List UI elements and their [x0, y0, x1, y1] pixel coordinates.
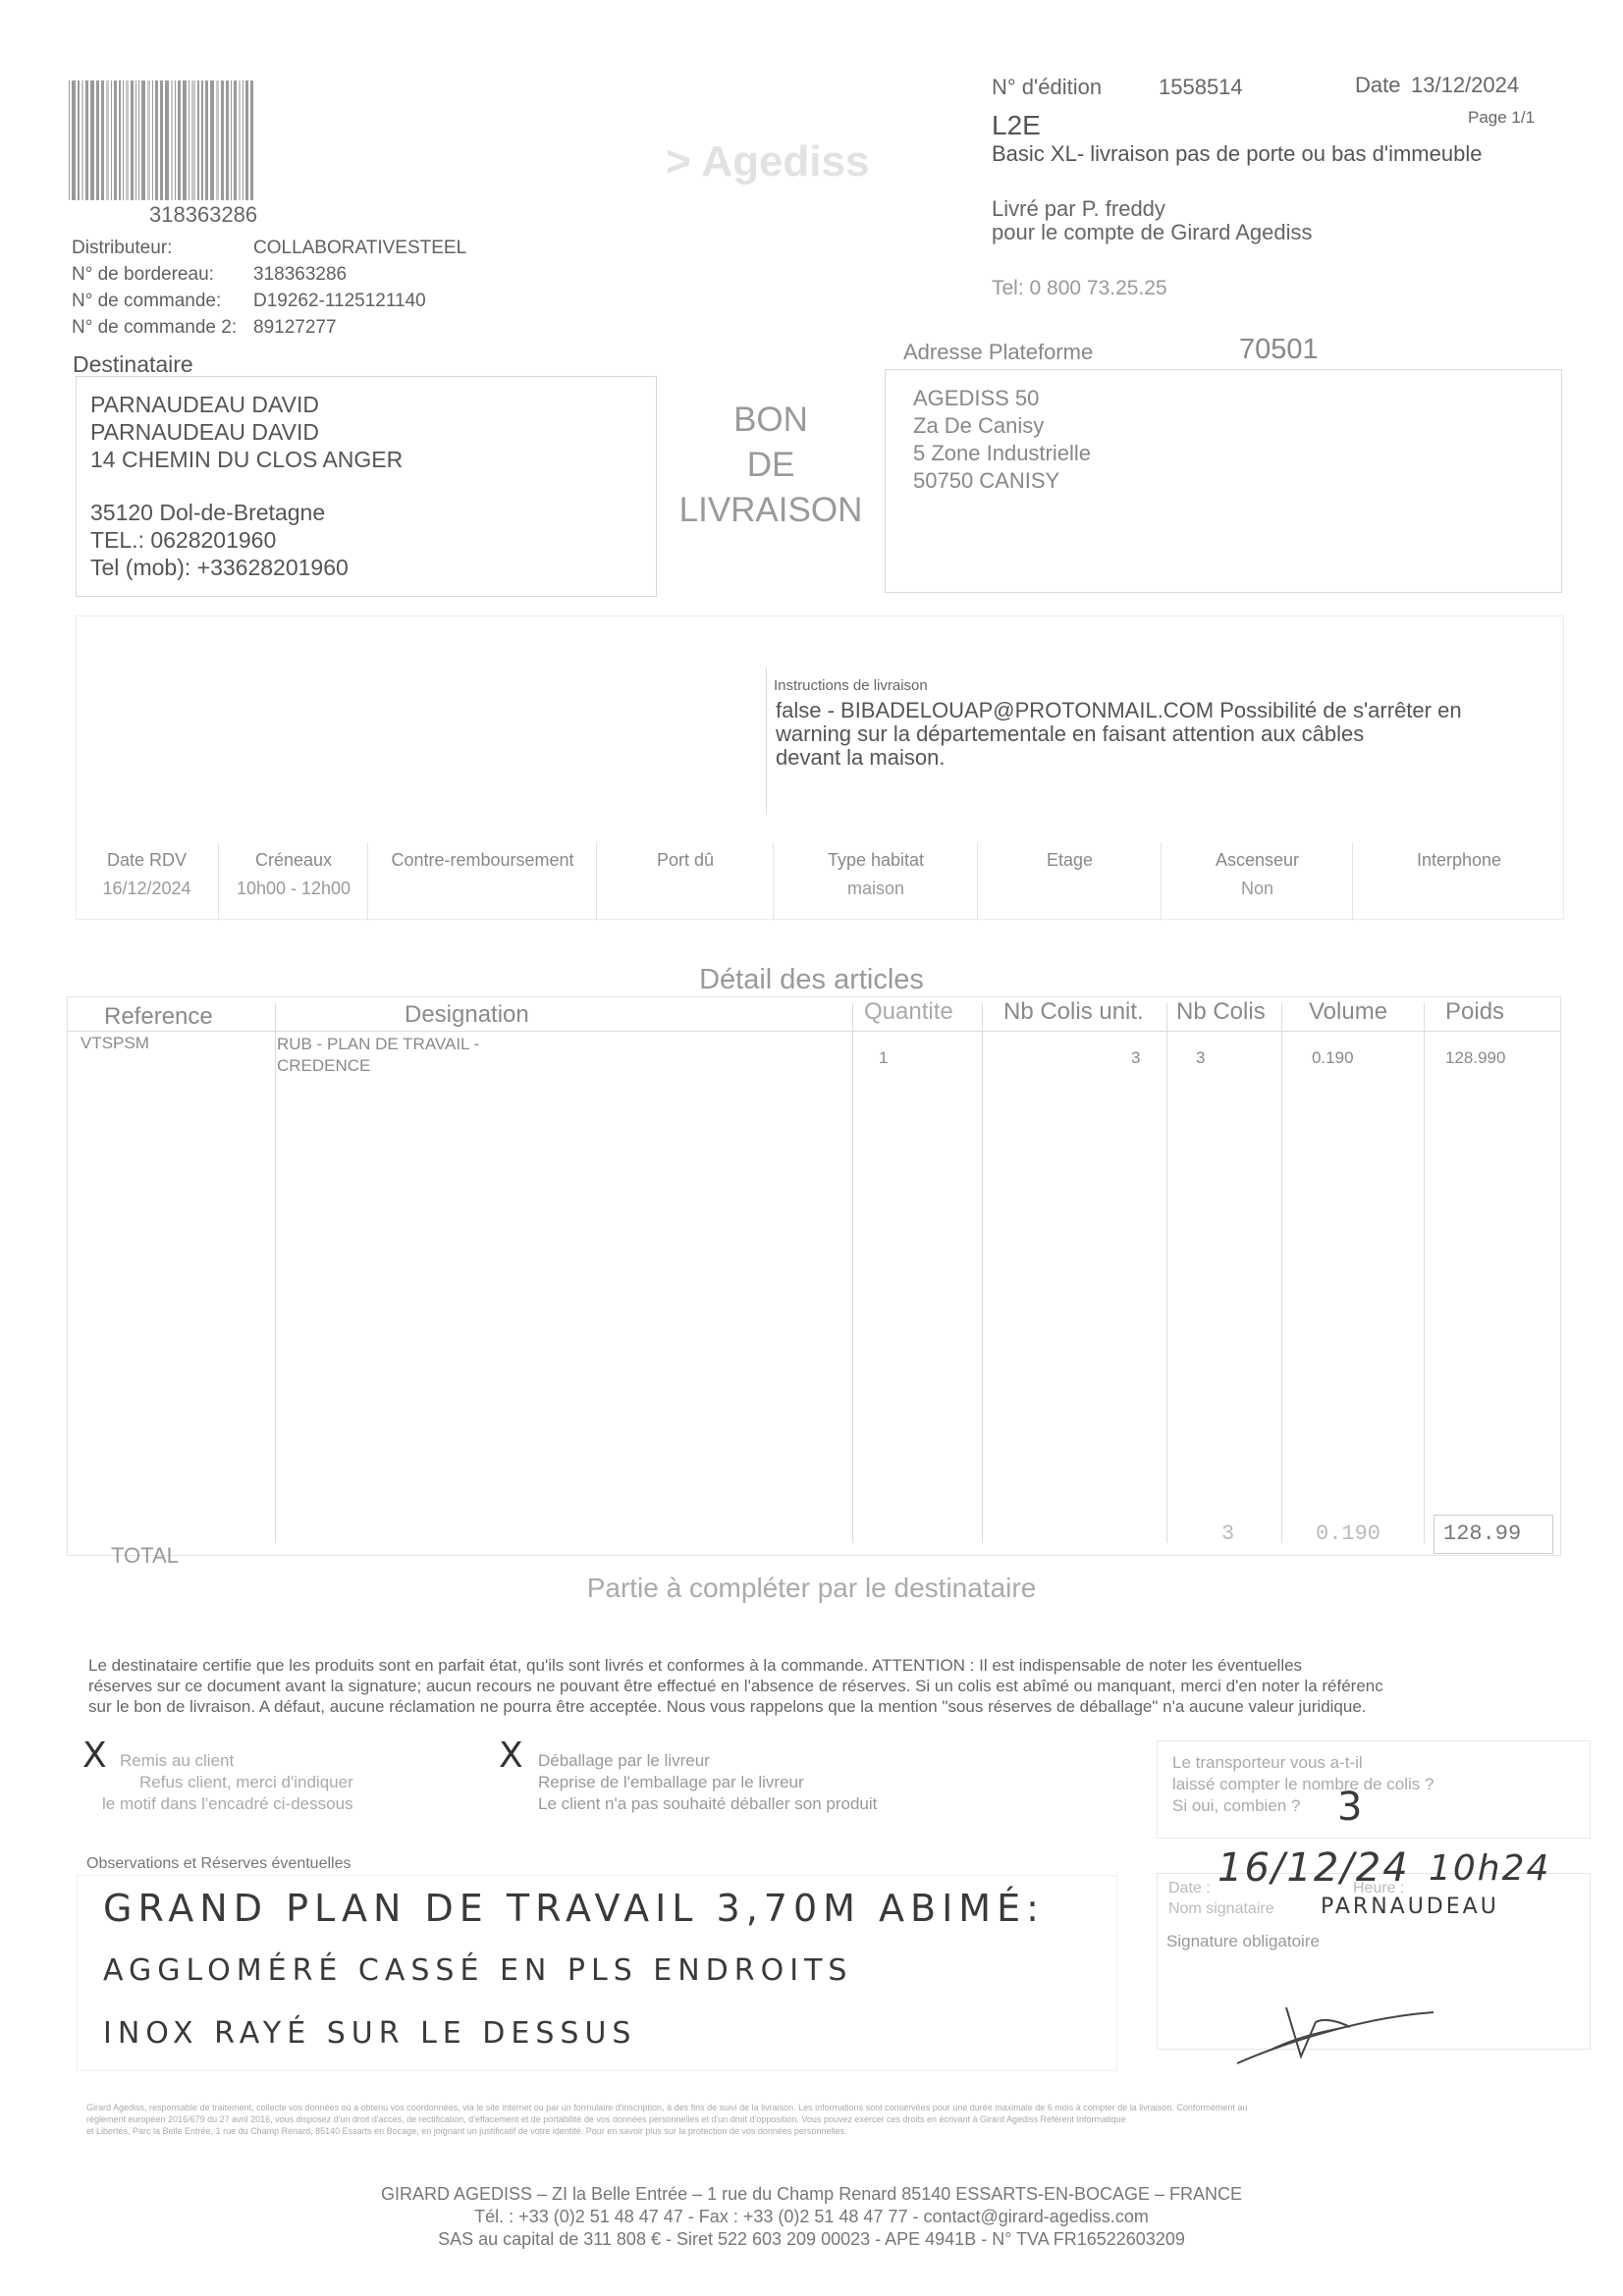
delivery-col-ascenseur: AscenseurNon	[1161, 842, 1353, 921]
document-type: BON DE LIVRAISON	[658, 398, 884, 533]
footer-contact: Tél. : +33 (0)2 51 48 47 47 - Fax : +33 …	[0, 2206, 1623, 2228]
recipient-street: 14 CHEMIN DU CLOS ANGER	[90, 446, 403, 473]
instructions-label: Instructions de livraison	[774, 677, 928, 694]
legal-notice: Girard Agediss, responsable de traitemen…	[86, 2102, 1579, 2137]
platform-code: 70501	[1239, 334, 1319, 366]
row-nb-colis: 3	[1196, 1048, 1205, 1068]
carrier-phone: Tel: 0 800 73.25.25	[992, 277, 1167, 300]
option-deballage-livreur[interactable]: Déballage par le livreur	[538, 1750, 877, 1772]
row-poids: 128.990	[1445, 1048, 1505, 1068]
parcel-count-question: Le transporteur vous a-t-il laissé compt…	[1172, 1752, 1434, 1817]
delivery-col-date-rdv: Date RDV16/12/2024	[76, 842, 218, 921]
col-header-quantite: Quantite	[864, 998, 953, 1026]
row-designation: RUB - PLAN DE TRAVAIL - CREDENCE	[277, 1034, 479, 1077]
col-header-nb-colis-unit: Nb Colis unit.	[1003, 998, 1144, 1026]
service-description: Basic XL- livraison pas de porte ou bas …	[992, 141, 1482, 167]
delivery-col-port-d-: Port dû	[596, 842, 774, 921]
page-indicator: Page 1/1	[1468, 108, 1535, 128]
delivery-col-label: Etage	[978, 850, 1162, 871]
row-reference: VTSPSM	[81, 1034, 149, 1053]
delivery-col-value: Non	[1162, 879, 1353, 899]
check-deballage-livreur[interactable]: X	[499, 1735, 523, 1776]
recipient-address: PARNAUDEAU DAVID PARNAUDEAU DAVID 14 CHE…	[90, 391, 403, 581]
delivery-col-label: Ascenseur	[1162, 850, 1353, 871]
document-date: 13/12/2024	[1411, 73, 1519, 98]
delivery-col-value: 10h00 - 12h00	[219, 879, 368, 899]
footer-address: GIRARD AGEDISS – ZI la Belle Entrée – 1 …	[0, 2183, 1623, 2206]
info-row-order-2: N° de commande 2:89127277	[72, 317, 466, 344]
delivery-details: Date RDV16/12/2024Créneaux10h00 - 12h00C…	[76, 842, 1564, 921]
total-label: TOTAL	[111, 1543, 179, 1569]
barcode	[69, 80, 255, 200]
sign-date-label: Date :	[1168, 1880, 1211, 1897]
option-refus-motif: le motif dans l'encadré ci-dessous	[102, 1793, 353, 1815]
delivery-col-label: Interphone	[1353, 850, 1565, 871]
shipment-info: Distributeur:COLLABORATIVESTEEL N° de bo…	[72, 238, 466, 344]
col-header-poids: Poids	[1445, 998, 1504, 1026]
info-row-bordereau: N° de bordereau:318363286	[72, 264, 466, 291]
delivery-col-value: maison	[774, 879, 978, 899]
delivery-col-contre-remboursement: Contre-remboursement	[367, 842, 597, 921]
delivery-col-label: Type habitat	[774, 850, 978, 871]
option-refus-client[interactable]: Refus client, merci d'indiquer	[120, 1772, 353, 1793]
edition-label: N° d'édition	[992, 75, 1102, 100]
row-quantite: 1	[879, 1048, 888, 1068]
footer-legal: SAS au capital de 311 808 € - Siret 522 …	[0, 2228, 1623, 2251]
articles-table	[67, 996, 1561, 1556]
info-row-order: N° de commande:D19262-1125121140	[72, 291, 466, 317]
delivery-col-label: Port dû	[597, 850, 774, 871]
date-label: Date	[1355, 73, 1400, 98]
instructions-text: false - BIBADELOUAP@PROTONMAIL.COM Possi…	[776, 699, 1462, 770]
delivery-col-type-habitat: Type habitatmaison	[773, 842, 978, 921]
service-code: L2E	[992, 110, 1041, 141]
platform-address: AGEDISS 50 Za De Canisy 5 Zone Industrie…	[913, 385, 1091, 495]
total-volume: 0.190	[1316, 1522, 1380, 1546]
delivery-col-label: Créneaux	[219, 850, 368, 871]
option-reprise-emballage[interactable]: Reprise de l'emballage par le livreur	[538, 1772, 877, 1793]
recipient-city: 35120 Dol-de-Bretagne	[90, 499, 403, 526]
info-row-distributor: Distributeur:COLLABORATIVESTEEL	[72, 238, 466, 264]
delivered-by: Livré par P. freddy	[992, 196, 1165, 222]
company-footer: GIRARD AGEDISS – ZI la Belle Entrée – 1 …	[0, 2183, 1623, 2251]
barcode-number: 318363286	[149, 202, 257, 228]
parcel-count-answer[interactable]: 3	[1337, 1785, 1368, 1830]
recipient-phone: TEL.: 0628201960	[90, 526, 403, 554]
articles-title: Détail des articles	[0, 964, 1623, 996]
recipient-title: Destinataire	[73, 351, 193, 378]
total-poids: 128.99	[1443, 1522, 1521, 1546]
option-group-delivery: Remis au client Refus client, merci d'in…	[120, 1750, 353, 1815]
col-header-volume: Volume	[1309, 998, 1387, 1026]
delivery-col-value: 16/12/2024	[76, 879, 218, 899]
recipient-mobile: Tel (mob): +33628201960	[90, 554, 403, 581]
option-group-unpacking: Déballage par le livreur Reprise de l'em…	[538, 1750, 877, 1815]
col-header-reference: Reference	[104, 1003, 213, 1031]
delivery-col-cr-neaux: Créneaux10h00 - 12h00	[218, 842, 368, 921]
on-behalf-of: pour le compte de Girard Agediss	[992, 220, 1313, 245]
certification-text: Le destinataire certifie que les produit…	[88, 1655, 1383, 1717]
col-header-nb-colis: Nb Colis	[1176, 998, 1266, 1026]
delivery-col-etage: Etage	[977, 842, 1162, 921]
platform-label: Adresse Plateforme	[903, 340, 1093, 365]
option-remis-au-client[interactable]: Remis au client	[120, 1750, 353, 1772]
signature-label: Signature obligatoire	[1166, 1932, 1320, 1951]
delivery-col-label: Date RDV	[76, 850, 218, 871]
agediss-logo: > Agediss	[666, 137, 869, 187]
observations-label: Observations et Réserves éventuelles	[86, 1855, 351, 1873]
recipient-name-2: PARNAUDEAU DAVID	[90, 418, 403, 446]
delivery-col-interphone: Interphone	[1352, 842, 1565, 921]
signatory-label: Nom signataire	[1168, 1900, 1274, 1918]
signatory-handwritten: PARNAUDEAU	[1321, 1895, 1499, 1919]
delivery-col-label: Contre-remboursement	[368, 850, 597, 871]
recipient-section-title: Partie à compléter par le destinataire	[0, 1573, 1623, 1604]
recipient-name: PARNAUDEAU DAVID	[90, 391, 403, 418]
observations-handwritten: GRAND PLAN DE TRAVAIL 3,70M ABIMÉ: AGGLO…	[103, 1877, 1045, 2065]
total-nb-colis: 3	[1221, 1522, 1234, 1546]
check-remis-au-client[interactable]: X	[82, 1735, 107, 1776]
signature-scribble-icon	[1227, 1983, 1443, 2071]
recipient-blank-line	[90, 473, 403, 499]
edition-number: 1558514	[1159, 75, 1243, 100]
row-nb-colis-unit: 3	[1131, 1048, 1140, 1068]
option-client-pas-deballe[interactable]: Le client n'a pas souhaité déballer son …	[538, 1793, 877, 1815]
sign-time-handwritten: 10h24	[1429, 1848, 1550, 1889]
row-volume: 0.190	[1312, 1048, 1354, 1068]
col-header-designation: Designation	[405, 1001, 529, 1029]
